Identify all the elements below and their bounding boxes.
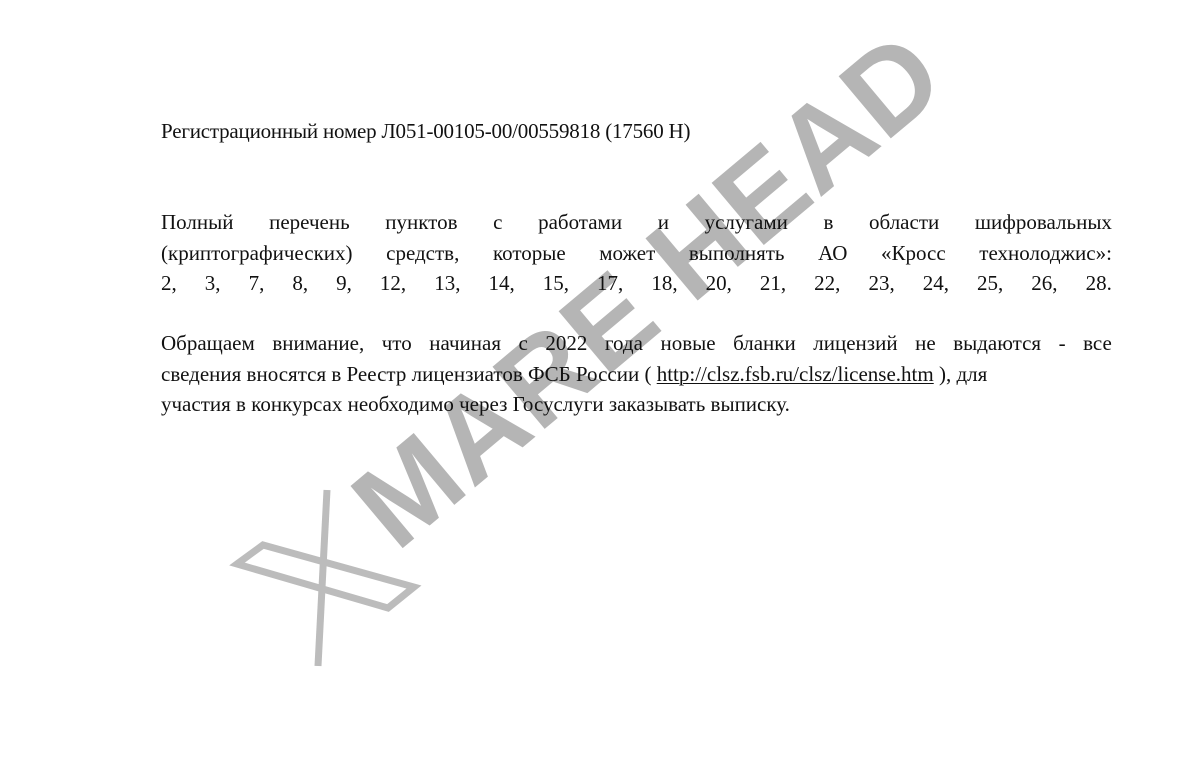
- scope-paragraph: Полныйпереченьпунктовсработамииуслугамив…: [161, 207, 1112, 299]
- scope-item-number: 8,: [292, 268, 308, 299]
- notice-word: новые: [660, 328, 715, 359]
- notice-word: что: [382, 328, 412, 359]
- scope-word: которые: [493, 238, 566, 269]
- scope-item-number: 26,: [1031, 268, 1057, 299]
- scope-items-list: 2,3,7,8,9,12,13,14,15,17,18,20,21,22,23,…: [161, 268, 1112, 299]
- scope-word: (криптографических): [161, 238, 353, 269]
- scope-item-number: 24,: [923, 268, 949, 299]
- scope-word: перечень: [269, 207, 350, 238]
- scope-item-number: 7,: [249, 268, 265, 299]
- notice-line-2-text: сведения вносятся в Реестр лицензиатов Ф…: [161, 359, 651, 390]
- scope-item-number: 25,: [977, 268, 1003, 299]
- notice-word: не: [915, 328, 936, 359]
- scope-word: выполнять: [689, 238, 785, 269]
- notice-line-1: Обращаемвнимание,чтоначинаяс2022годановы…: [161, 328, 1112, 359]
- registration-number: Регистрационный номер Л051-00105-00/0055…: [161, 116, 690, 146]
- scope-item-number: 12,: [380, 268, 406, 299]
- notice-word: все: [1083, 328, 1112, 359]
- document-page: MARE HEAD Регистрационный номер Л051-001…: [0, 0, 1200, 764]
- notice-word: выдаются: [953, 328, 1041, 359]
- scope-word: пунктов: [385, 207, 457, 238]
- scope-line-1: Полныйпереченьпунктовсработамииуслугамив…: [161, 207, 1112, 238]
- scope-word: Полный: [161, 207, 233, 238]
- notice-line-3: участия в конкурсах необходимо через Гос…: [161, 389, 1112, 420]
- scope-word: и: [658, 207, 669, 238]
- notice-line-2: сведения вносятся в Реестр лицензиатов Ф…: [161, 359, 1112, 390]
- scope-item-number: 13,: [434, 268, 460, 299]
- notice-word: внимание,: [272, 328, 364, 359]
- scope-word: может: [599, 238, 655, 269]
- scope-item-number: 23,: [868, 268, 894, 299]
- notice-word: 2022: [545, 328, 587, 359]
- scope-line-2: (криптографических)средств,которыеможетв…: [161, 238, 1112, 269]
- scope-item-number: 28.: [1086, 268, 1112, 299]
- scope-word: «Кросс: [881, 238, 946, 269]
- scope-item-number: 22,: [814, 268, 840, 299]
- scope-item-number: 15,: [543, 268, 569, 299]
- notice-line-2-tail: ), для: [939, 359, 987, 390]
- scope-item-number: 20,: [706, 268, 732, 299]
- scope-item-number: 2,: [161, 268, 177, 299]
- notice-word: начиная: [429, 328, 501, 359]
- scope-word: с: [493, 207, 502, 238]
- notice-paragraph: Обращаемвнимание,чтоначинаяс2022годановы…: [161, 328, 1112, 420]
- fsb-license-registry-link[interactable]: http://clsz.fsb.ru/clsz/license.htm: [657, 359, 934, 390]
- scope-item-number: 21,: [760, 268, 786, 299]
- scope-item-number: 9,: [336, 268, 352, 299]
- scope-word: АО: [818, 238, 847, 269]
- scope-word: в: [823, 207, 833, 238]
- notice-word: лицензий: [813, 328, 897, 359]
- scope-word: услугами: [705, 207, 788, 238]
- scope-word: технолоджис»:: [979, 238, 1112, 269]
- notice-word: -: [1059, 328, 1066, 359]
- notice-word: года: [605, 328, 643, 359]
- notice-word: с: [519, 328, 528, 359]
- scope-word: шифровальных: [975, 207, 1112, 238]
- notice-word: бланки: [733, 328, 796, 359]
- scope-item-number: 18,: [651, 268, 677, 299]
- scope-word: средств,: [386, 238, 459, 269]
- scope-word: работами: [538, 207, 622, 238]
- scope-word: области: [869, 207, 939, 238]
- scope-item-number: 3,: [205, 268, 221, 299]
- scope-item-number: 17,: [597, 268, 623, 299]
- scope-item-number: 14,: [488, 268, 514, 299]
- notice-word: Обращаем: [161, 328, 255, 359]
